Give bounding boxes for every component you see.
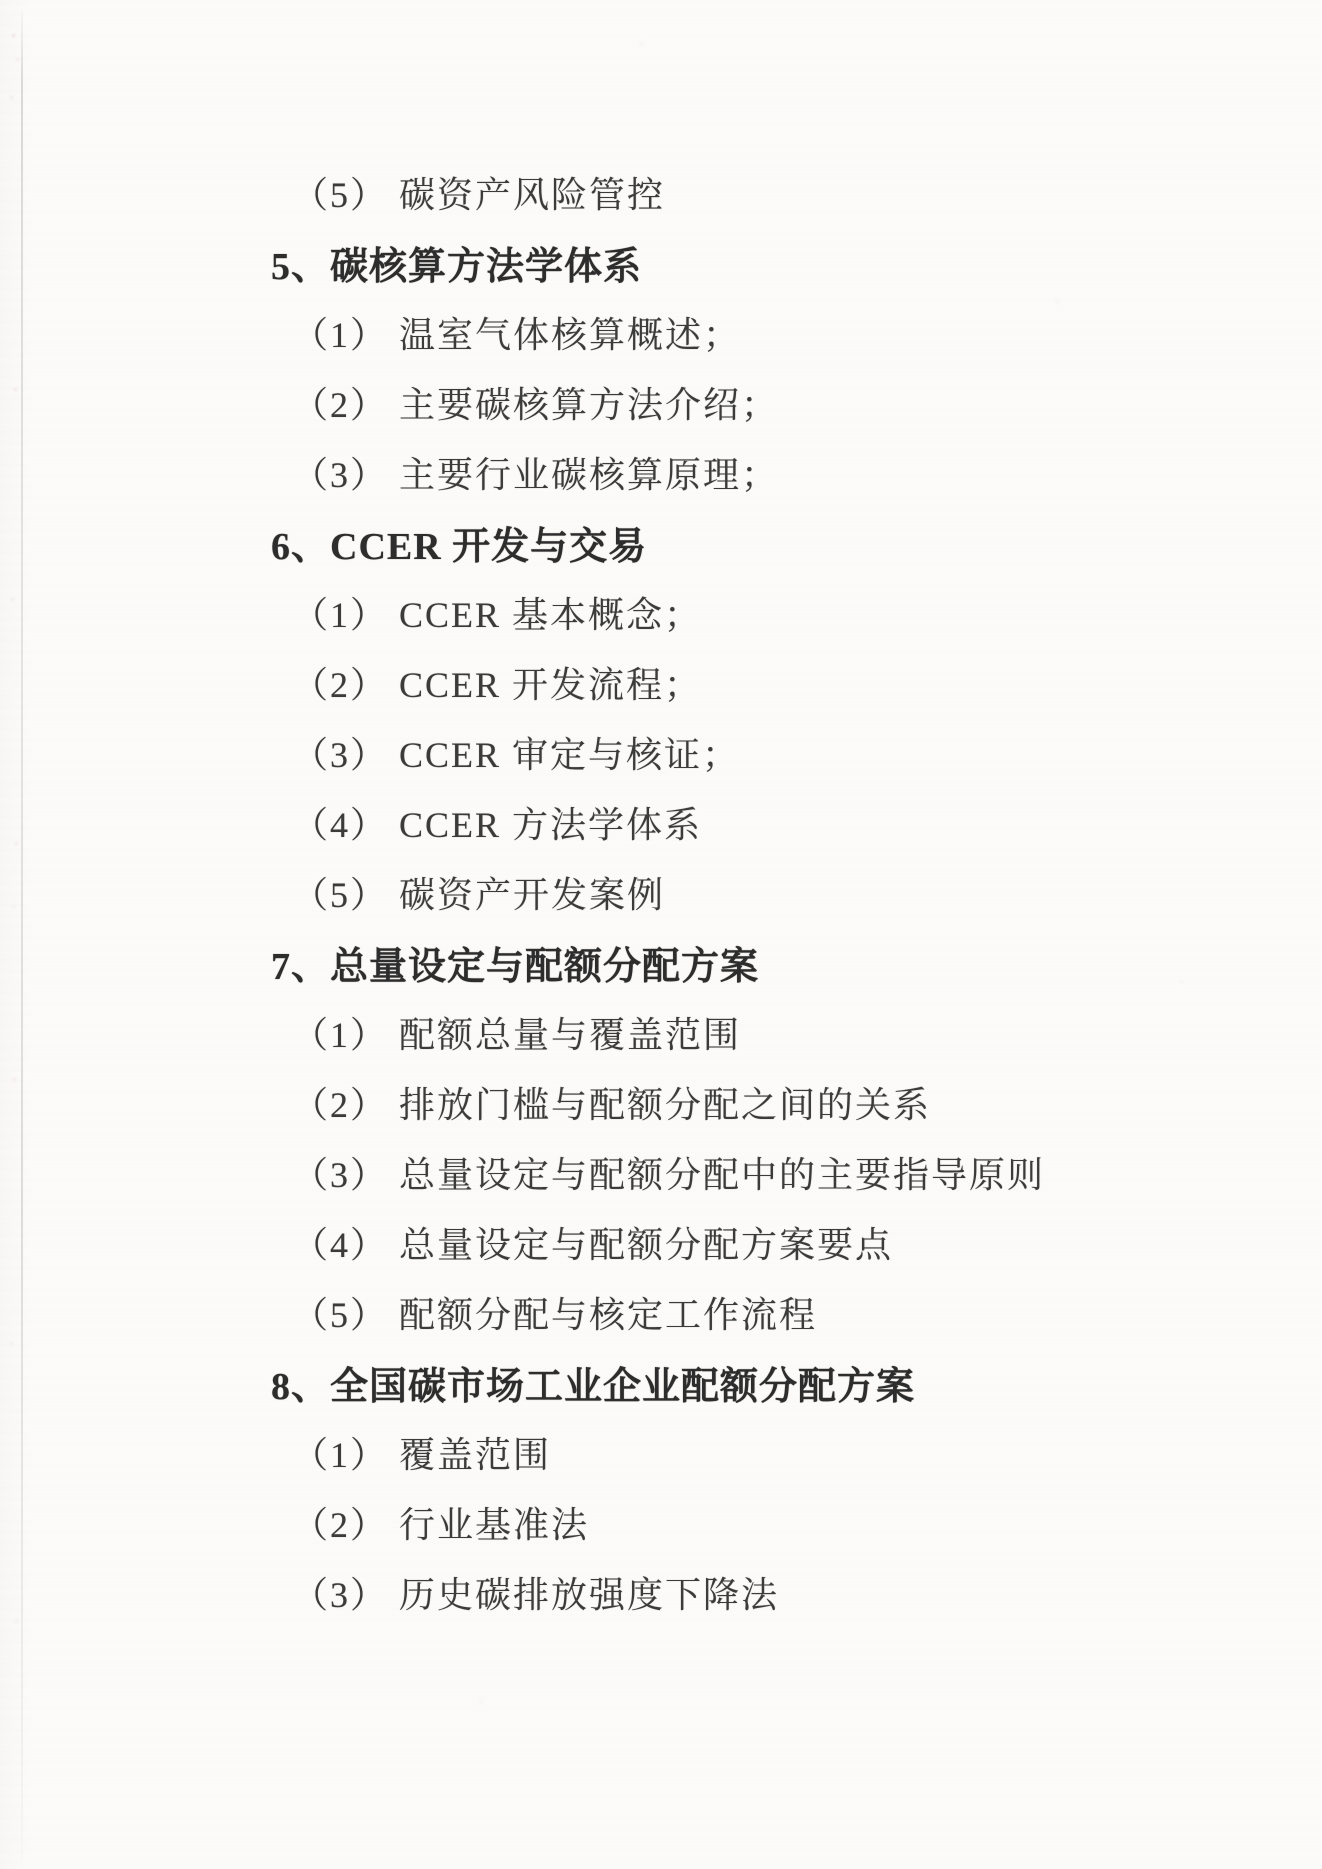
outline-item: （2） 主要碳核算方法介绍； bbox=[0, 367, 1322, 437]
outline-item: （1） 覆盖范围 bbox=[0, 1417, 1322, 1487]
outline-item: （1） 温室气体核算概述； bbox=[0, 297, 1322, 367]
outline-heading: 7、总量设定与配额分配方案 bbox=[0, 927, 1322, 997]
outline-item: （5） 配额分配与核定工作流程 bbox=[0, 1277, 1322, 1347]
outline-item: （3） CCER 审定与核证； bbox=[0, 717, 1322, 787]
outline-item: （5） 碳资产开发案例 bbox=[0, 857, 1322, 927]
outline-item: （3） 总量设定与配额分配中的主要指导原则 bbox=[0, 1137, 1322, 1207]
outline-item: （1） 配额总量与覆盖范围 bbox=[0, 997, 1322, 1067]
outline-item: （2） CCER 开发流程； bbox=[0, 647, 1322, 717]
outline-content: （5） 碳资产风险管控 5、碳核算方法学体系 （1） 温室气体核算概述； （2）… bbox=[0, 157, 1322, 1627]
outline-heading: 6、CCER 开发与交易 bbox=[0, 507, 1322, 577]
scanned-document-page: （5） 碳资产风险管控 5、碳核算方法学体系 （1） 温室气体核算概述； （2）… bbox=[0, 0, 1322, 1869]
outline-item: （4） 总量设定与配额分配方案要点 bbox=[0, 1207, 1322, 1277]
outline-item: （3） 历史碳排放强度下降法 bbox=[0, 1557, 1322, 1627]
outline-item: （1） CCER 基本概念； bbox=[0, 577, 1322, 647]
outline-item: （4） CCER 方法学体系 bbox=[0, 787, 1322, 857]
outline-heading: 8、全国碳市场工业企业配额分配方案 bbox=[0, 1347, 1322, 1417]
outline-item: （2） 排放门槛与配额分配之间的关系 bbox=[0, 1067, 1322, 1137]
scan-artifacts bbox=[0, 0, 3, 3]
outline-heading: 5、碳核算方法学体系 bbox=[0, 227, 1322, 297]
outline-item: （2） 行业基准法 bbox=[0, 1487, 1322, 1557]
outline-item: （5） 碳资产风险管控 bbox=[0, 157, 1322, 227]
outline-item: （3） 主要行业碳核算原理； bbox=[0, 437, 1322, 507]
